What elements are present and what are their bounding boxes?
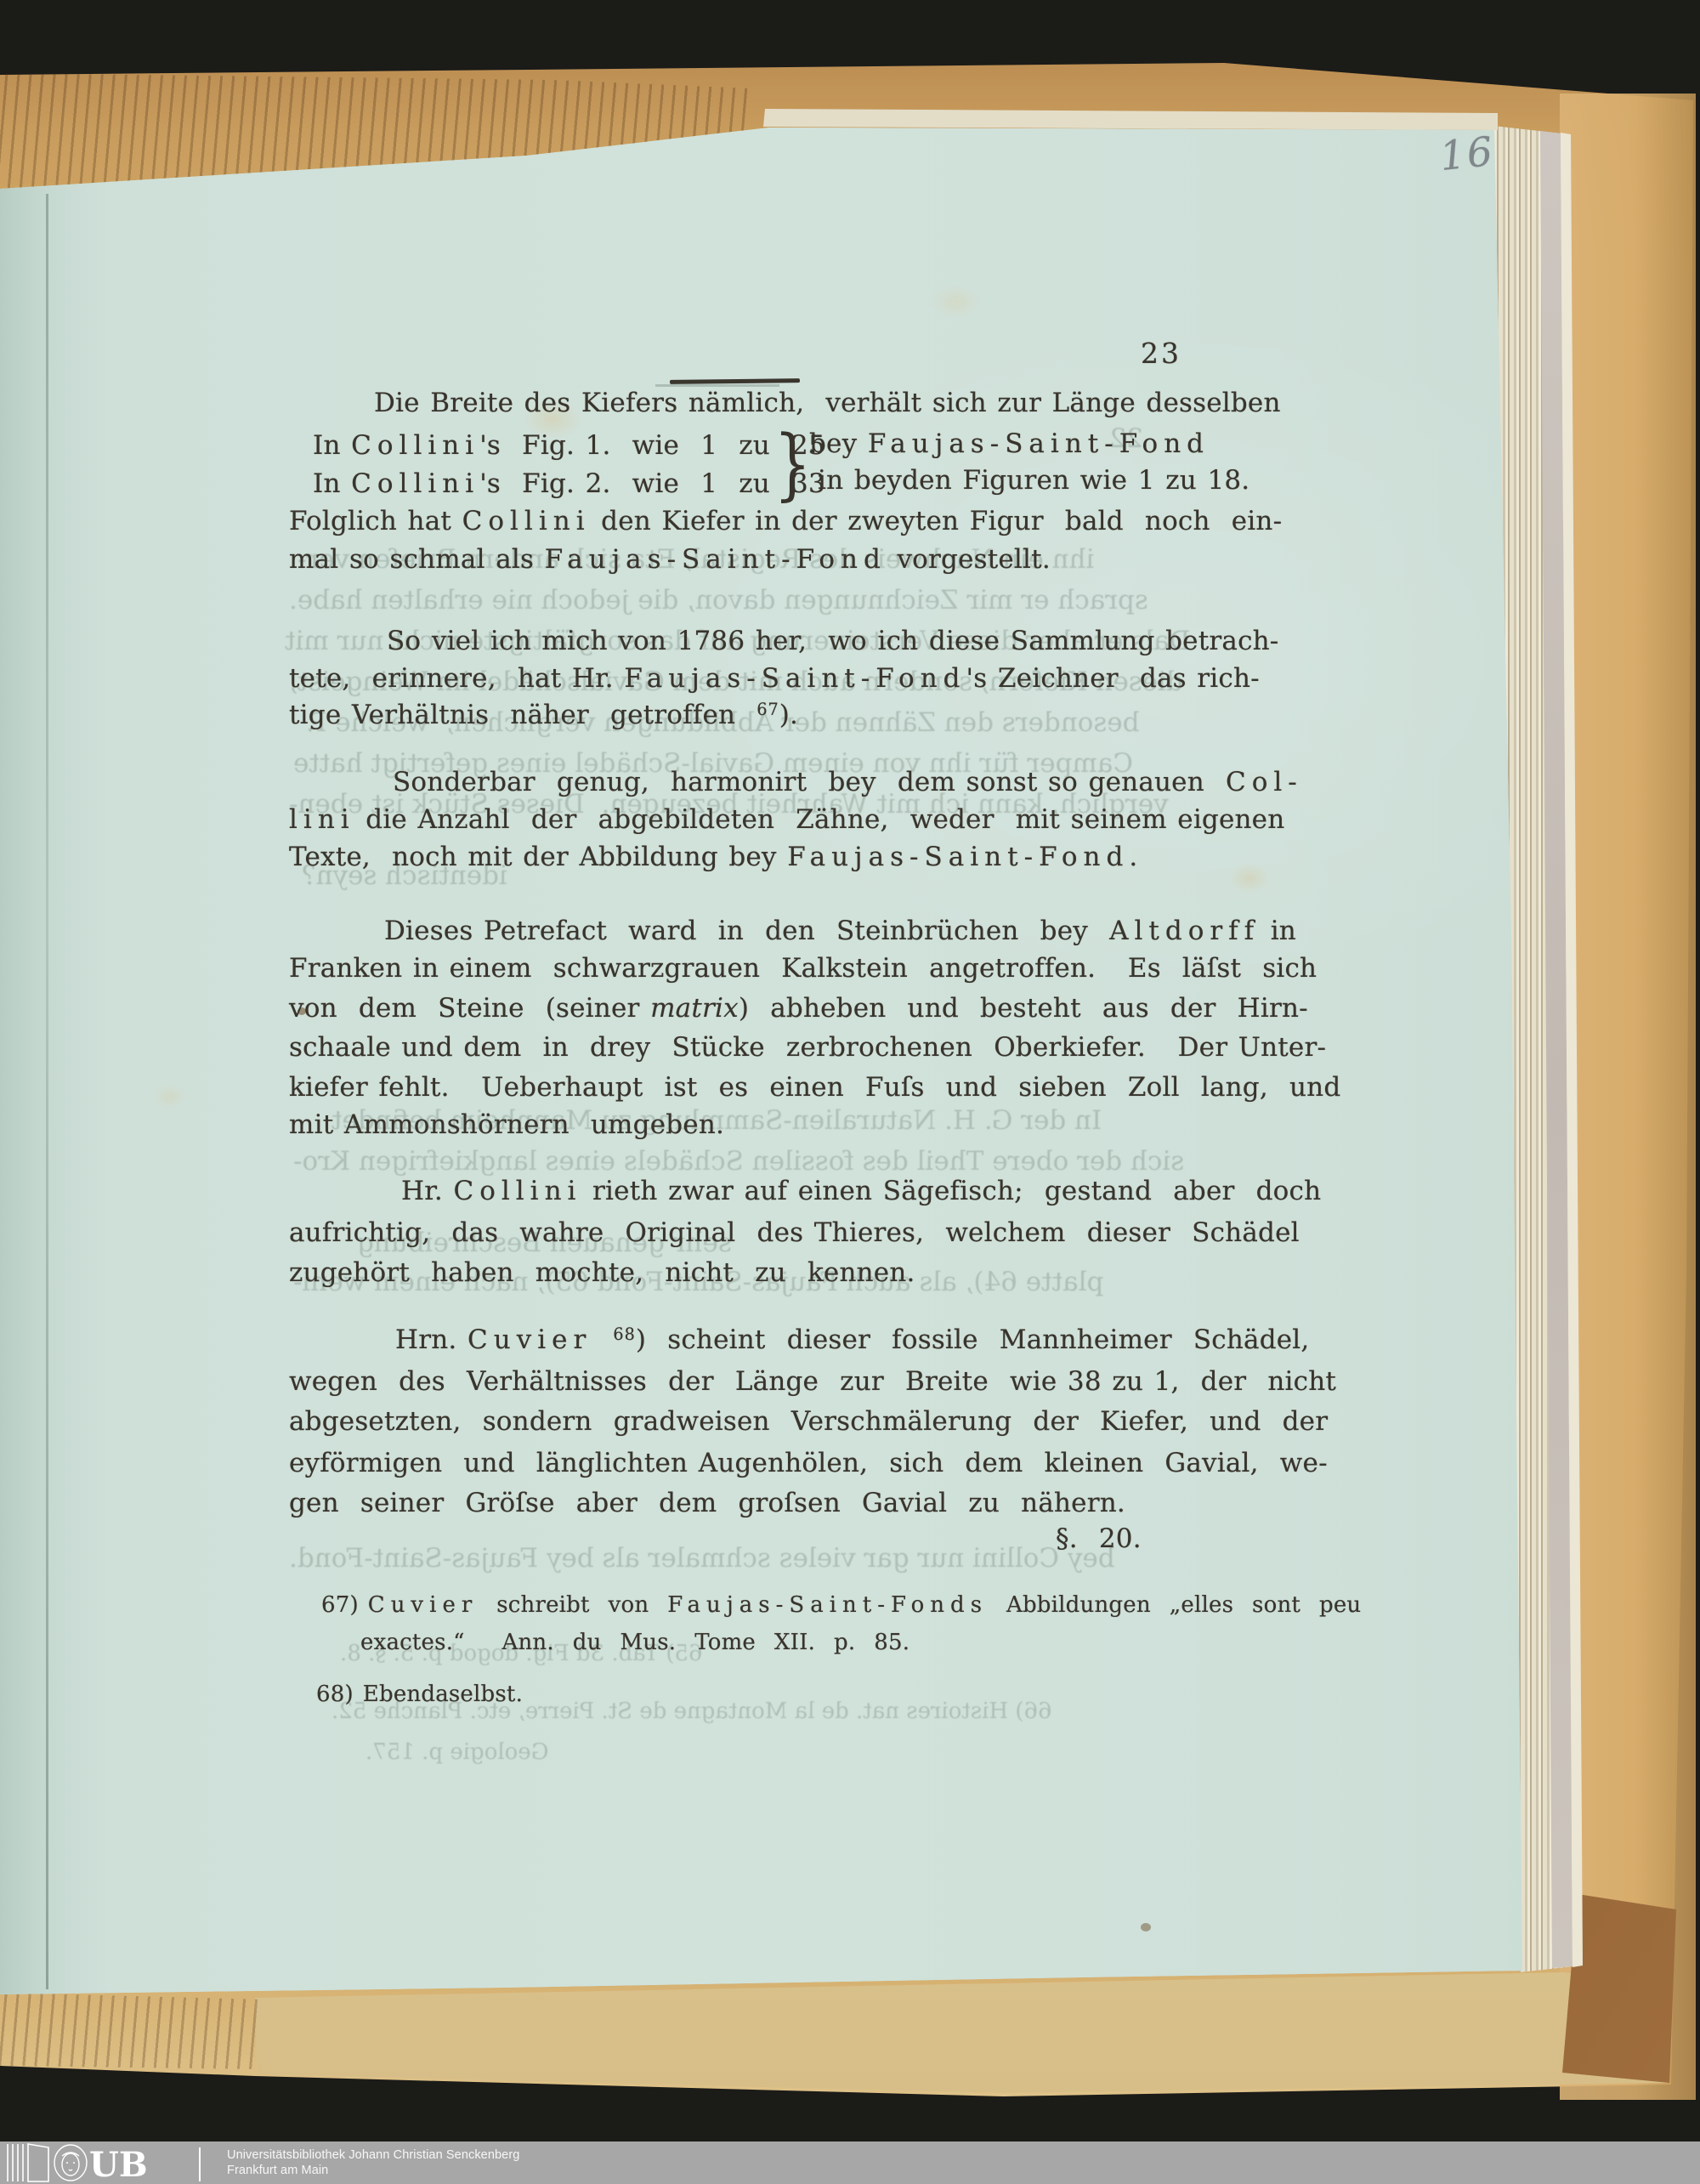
bleedthrough-fragment: bey Collini nur gar vieles schmaler als … [289, 1543, 1115, 1574]
text-line: tete, erinnere, hat Hr. Faujas-Saint-Fon… [289, 663, 1260, 694]
gutter-crease [46, 194, 48, 1989]
text-line: Hr. Collini rieth zwar auf einen Sägefis… [401, 1176, 1321, 1206]
library-name: Universitätsbibliothek Johann Christian … [227, 2147, 519, 2163]
text-line: lini die Anzahl der abgebildeten Zähne, … [289, 804, 1284, 835]
text-line: Dieses Petrefact ward in den Steinbrüche… [384, 916, 1296, 946]
text-line: in beyden Figuren wie 1 zu 18. [818, 465, 1249, 496]
footnote-67: 67) Cuvier schreibt von Faujas-Saint-Fon… [321, 1592, 1361, 1618]
text-line: Texte, noch mit der Abbildung bey Faujas… [289, 842, 1137, 872]
text-line: tige Verhältnis näher getroffen 67). [289, 700, 798, 730]
text-line: Hrn. Cuvier 68) scheint dieser fossile M… [395, 1325, 1309, 1355]
bleedthrough-fragment: sprach er mir Zeichnungen davon, die jed… [289, 585, 1148, 615]
text-line: von dem Steine (seiner matrix) abheben u… [289, 993, 1308, 1024]
text-line: mit Ammonshörnern umgeben. [289, 1109, 724, 1140]
scanned-book-page: 22ihn ein Nachweis des Registal, Eta sic… [0, 0, 1700, 2184]
text-line: aufrichtig, das wahre Original des Thier… [289, 1217, 1300, 1248]
text-line: abgesetzten, sondern gradweisen Verschmä… [289, 1406, 1328, 1437]
paper-stain [931, 285, 982, 319]
library-banner: UB Universitätsbibliothek Johann Christi… [0, 2141, 1700, 2184]
text-line: eyförmigen und länglichten Augenhölen, s… [289, 1448, 1328, 1478]
bleedthrough-rule [655, 384, 779, 387]
library-city: Frankfurt am Main [227, 2163, 519, 2178]
text-line: Folglich hat Collini den Kiefer in der z… [289, 506, 1282, 536]
paper-stain [153, 1084, 187, 1109]
handwritten-folio-number: 16 [1437, 128, 1496, 180]
page-number: 23 [1141, 337, 1181, 370]
ub-logo-text: UB [89, 2145, 148, 2183]
text-line: schaale und dem in drey Stücke zerbroche… [289, 1032, 1326, 1063]
ub-library-logo: UB [4, 2142, 208, 2183]
text-line: bey Faujas-Saint-Fond [809, 428, 1210, 459]
section-mark: §. 20. [1056, 1523, 1142, 1554]
library-name-block: Universitätsbibliothek Johann Christian … [227, 2147, 519, 2178]
text-line: Sonderbar genug, harmonirt bey dem sonst… [393, 767, 1303, 797]
text-line: Die Breite des Kiefers nämlich, verhält … [374, 388, 1281, 418]
footnote-68: 68) Ebendaselbst. [316, 1682, 523, 1707]
text-line: So viel ich mich von 1786 her, wo ich di… [387, 626, 1278, 656]
text-line: In Collini's Fig. 1. wie 1 zu 25 [313, 430, 825, 461]
text-line: mal so schmal als Faujas-Saint-Fond vorg… [289, 544, 1051, 575]
paper-speck [1141, 1923, 1151, 1932]
footnote-67-cont: exactes.“ Ann. du Mus. Tome XII. p. 85. [360, 1630, 909, 1655]
text-line: gen seiner Gröſse aber dem groſsen Gavia… [289, 1488, 1125, 1518]
text-line: In Collini's Fig. 2. wie 1 zu 33 [313, 468, 825, 499]
text-line: Franken in einem schwarzgrauen Kalkstein… [289, 953, 1317, 984]
bleedthrough-fragment: Geologie p. 157. [365, 1739, 548, 1765]
text-line: kiefer fehlt. Ueberhaupt ist es einen Fu… [289, 1072, 1340, 1103]
book-spines-icon [8, 2144, 48, 2181]
paper-stain [1228, 863, 1271, 893]
bleedthrough-fragment: sich der obere Theil des fossilen Schäde… [293, 1146, 1184, 1177]
text-line: wegen des Verhältnisses der Länge zur Br… [289, 1366, 1336, 1397]
senckenberg-portrait-icon [54, 2145, 87, 2181]
curly-brace: } [773, 418, 811, 509]
text-line: zugehört haben mochte, nicht zu kennen. [289, 1257, 915, 1288]
